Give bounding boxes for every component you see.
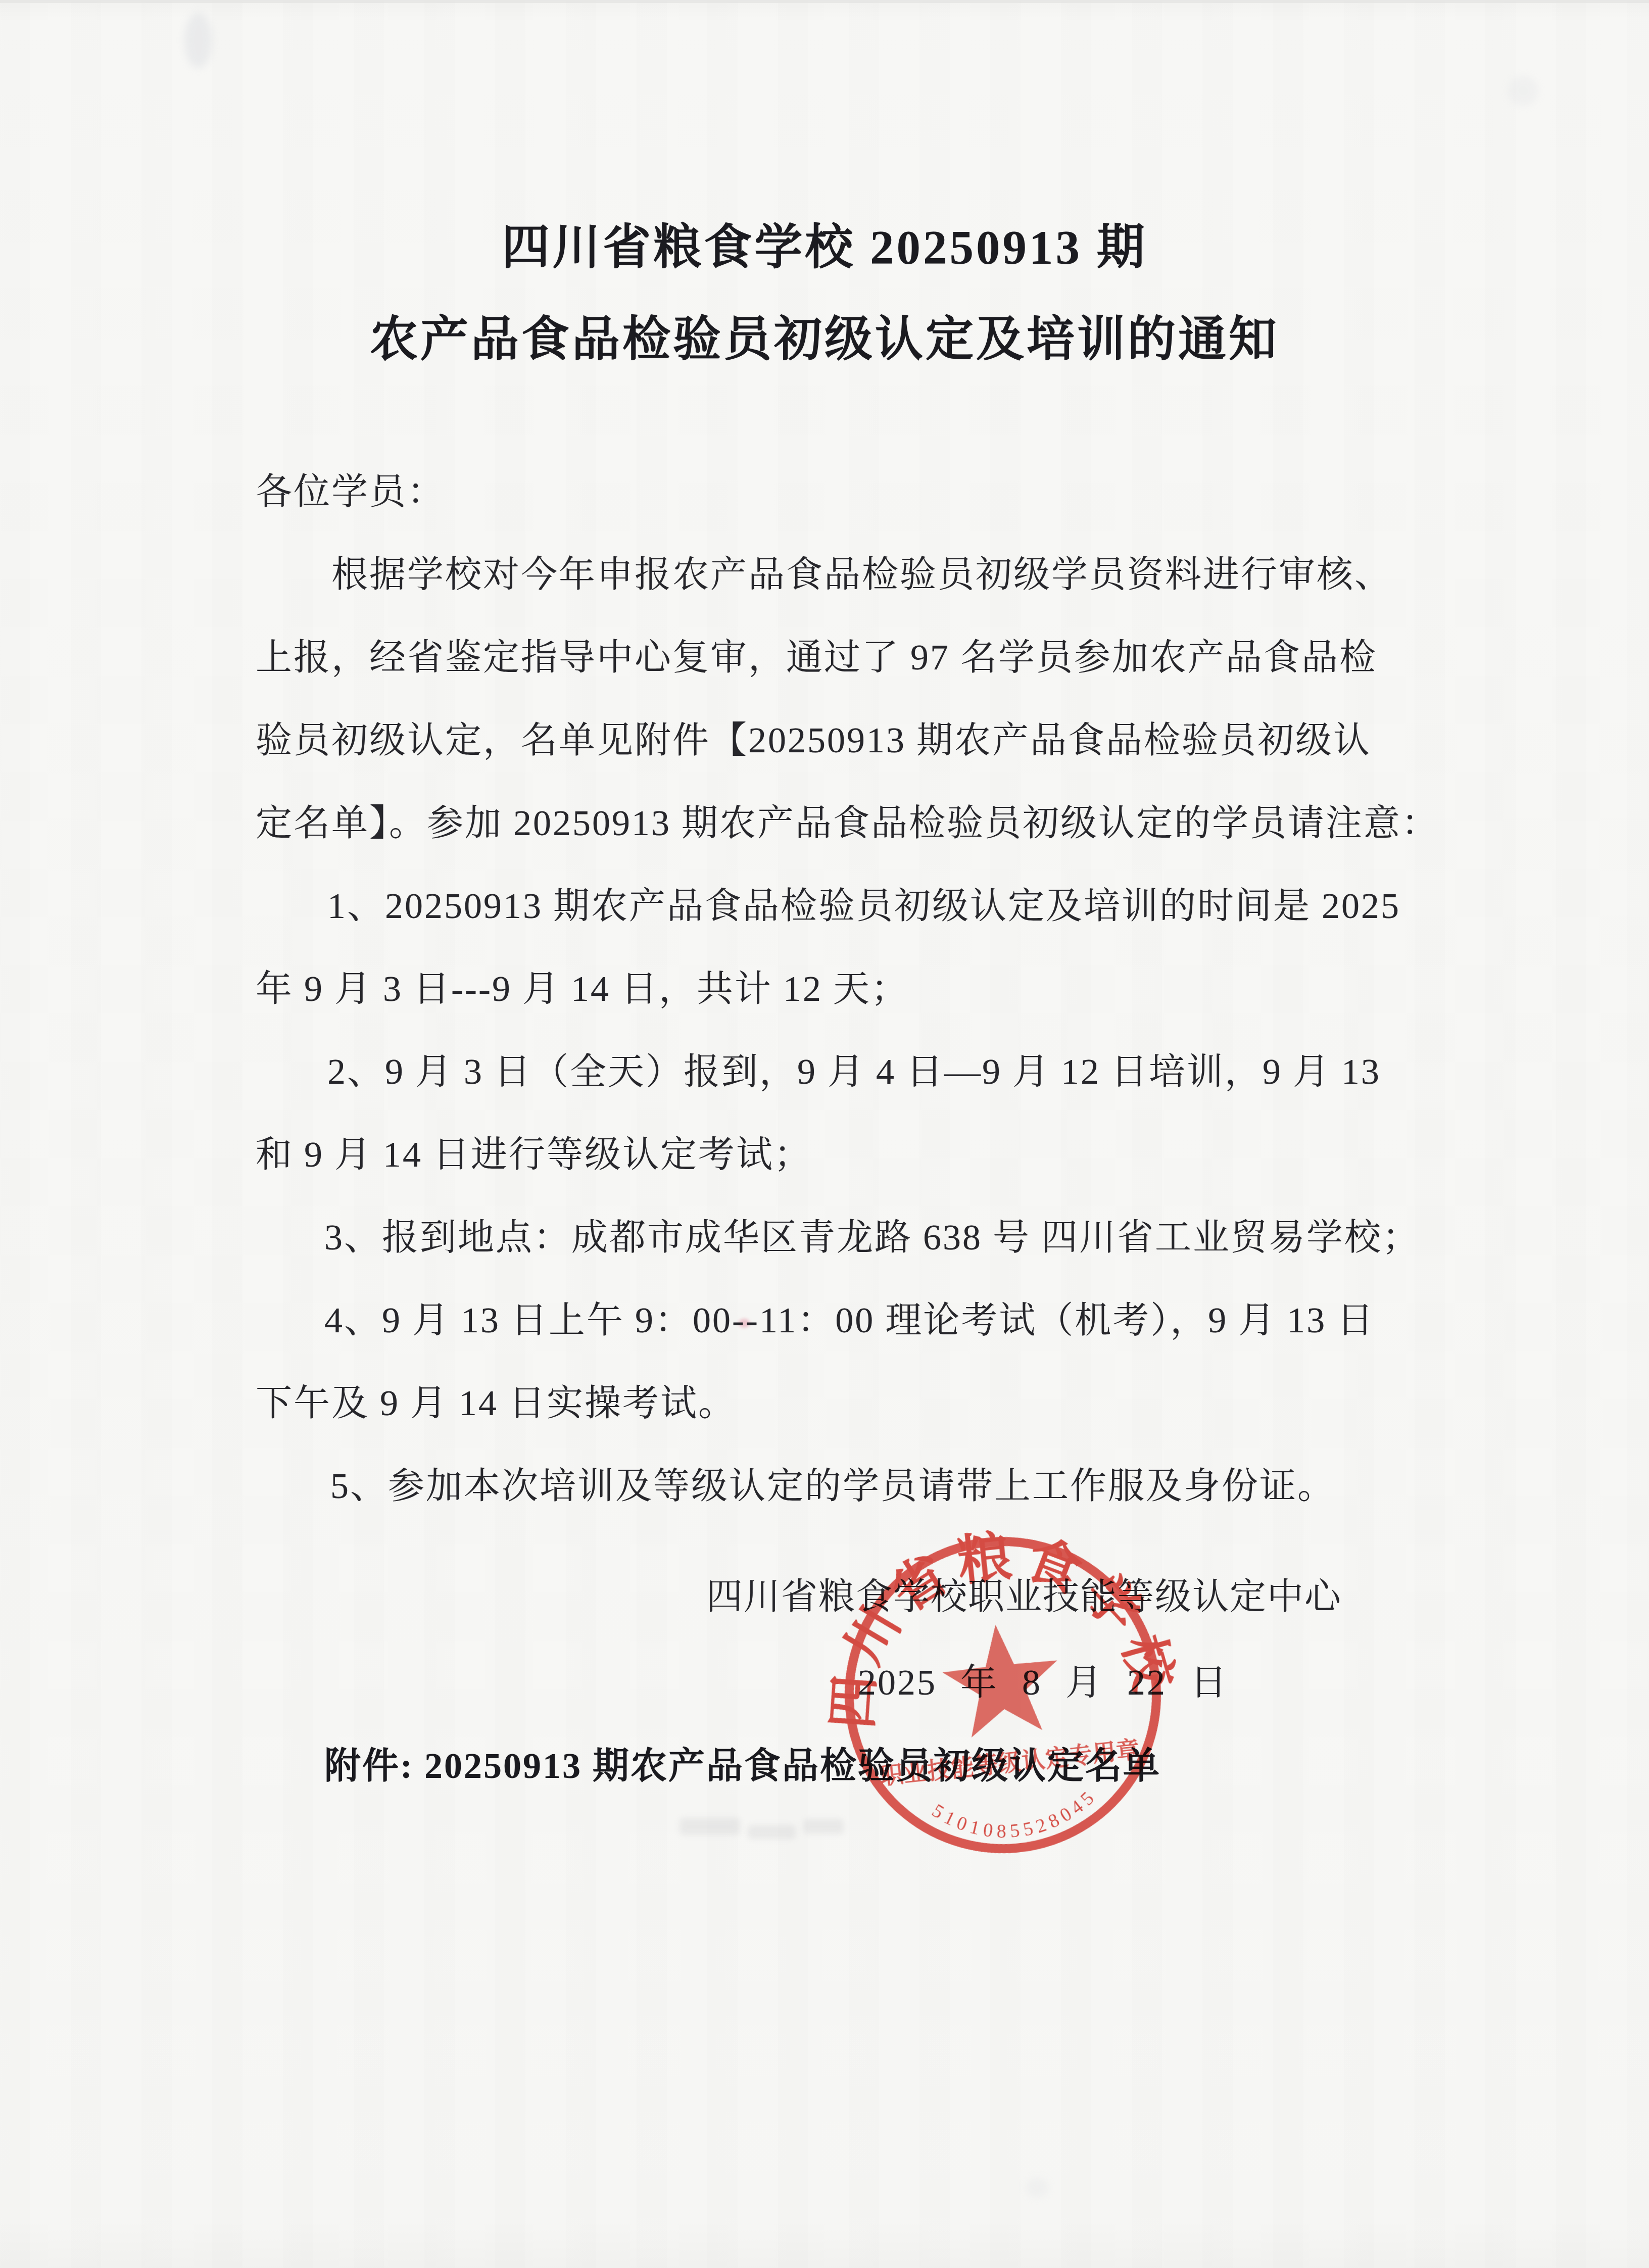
body-line-12: 下午及 9 月 14 日实操考试。: [256, 1378, 736, 1428]
scan-smudge: [1508, 76, 1538, 106]
body-line-5: 定名单】。参加 20250913 期农产品食品检验员初级认定的学员请注意：: [256, 798, 1439, 848]
body-line-2: 根据学校对今年申报农产品食品检验员初级学员资料进行审核、: [331, 549, 1392, 600]
seal-center-text: 职业技能等级认定专用章: [879, 1736, 1141, 1789]
scan-edge-artifact: [0, 0, 1649, 3]
doc-title-line-2: 农产品食品检验员初级认定及培训的通知: [0, 307, 1649, 372]
body-line-6: 1、20250913 期农产品食品检验员初级认定及培训的时间是 2025: [327, 881, 1400, 931]
salutation: 各位学员：: [256, 466, 445, 517]
body-line-9: 和 9 月 14 日进行等级认定考试；: [256, 1129, 812, 1180]
body-line-13: 5、参加本次培训及等级认定的学员请带上工作服及身份证。: [330, 1461, 1335, 1511]
body-line-11: 4、9 月 13 日上午 9：00--11：00 理论考试（机考），9 月 13…: [324, 1295, 1375, 1345]
body-line-8: 2、9 月 3 日（全天）报到，9 月 4 日—9 月 12 日培训，9 月 1…: [327, 1046, 1381, 1097]
bleed-through-mark: [748, 1825, 796, 1839]
body-line-10: 3、报到地点：成都市成华区青龙路 638 号 四川省工业贸易学校；: [324, 1212, 1420, 1263]
body-line-4: 验员初级认定，名单见附件【20250913 期农产品食品检验员初级认: [256, 715, 1371, 765]
bleed-through-mark: [680, 1818, 740, 1835]
official-seal: 四川省粮食学校 职业技能等级认定专用章 5101085528045: [792, 1484, 1214, 1906]
scanned-notice-page: 四川省粮食学校 20250913 期 农产品食品检验员初级认定及培训的通知 各位…: [0, 0, 1649, 2268]
body-line-3: 上报，经省鉴定指导中心复审，通过了 97 名学员参加农产品食品检: [256, 632, 1377, 683]
seal-star-icon: [938, 1619, 1064, 1740]
scan-smudge: [184, 13, 212, 68]
doc-title-line-1: 四川省粮食学校 20250913 期: [0, 215, 1649, 280]
scan-smudge: [1026, 2178, 1049, 2198]
body-line-7: 年 9 月 3 日---9 月 14 日，共计 12 天；: [256, 963, 909, 1014]
